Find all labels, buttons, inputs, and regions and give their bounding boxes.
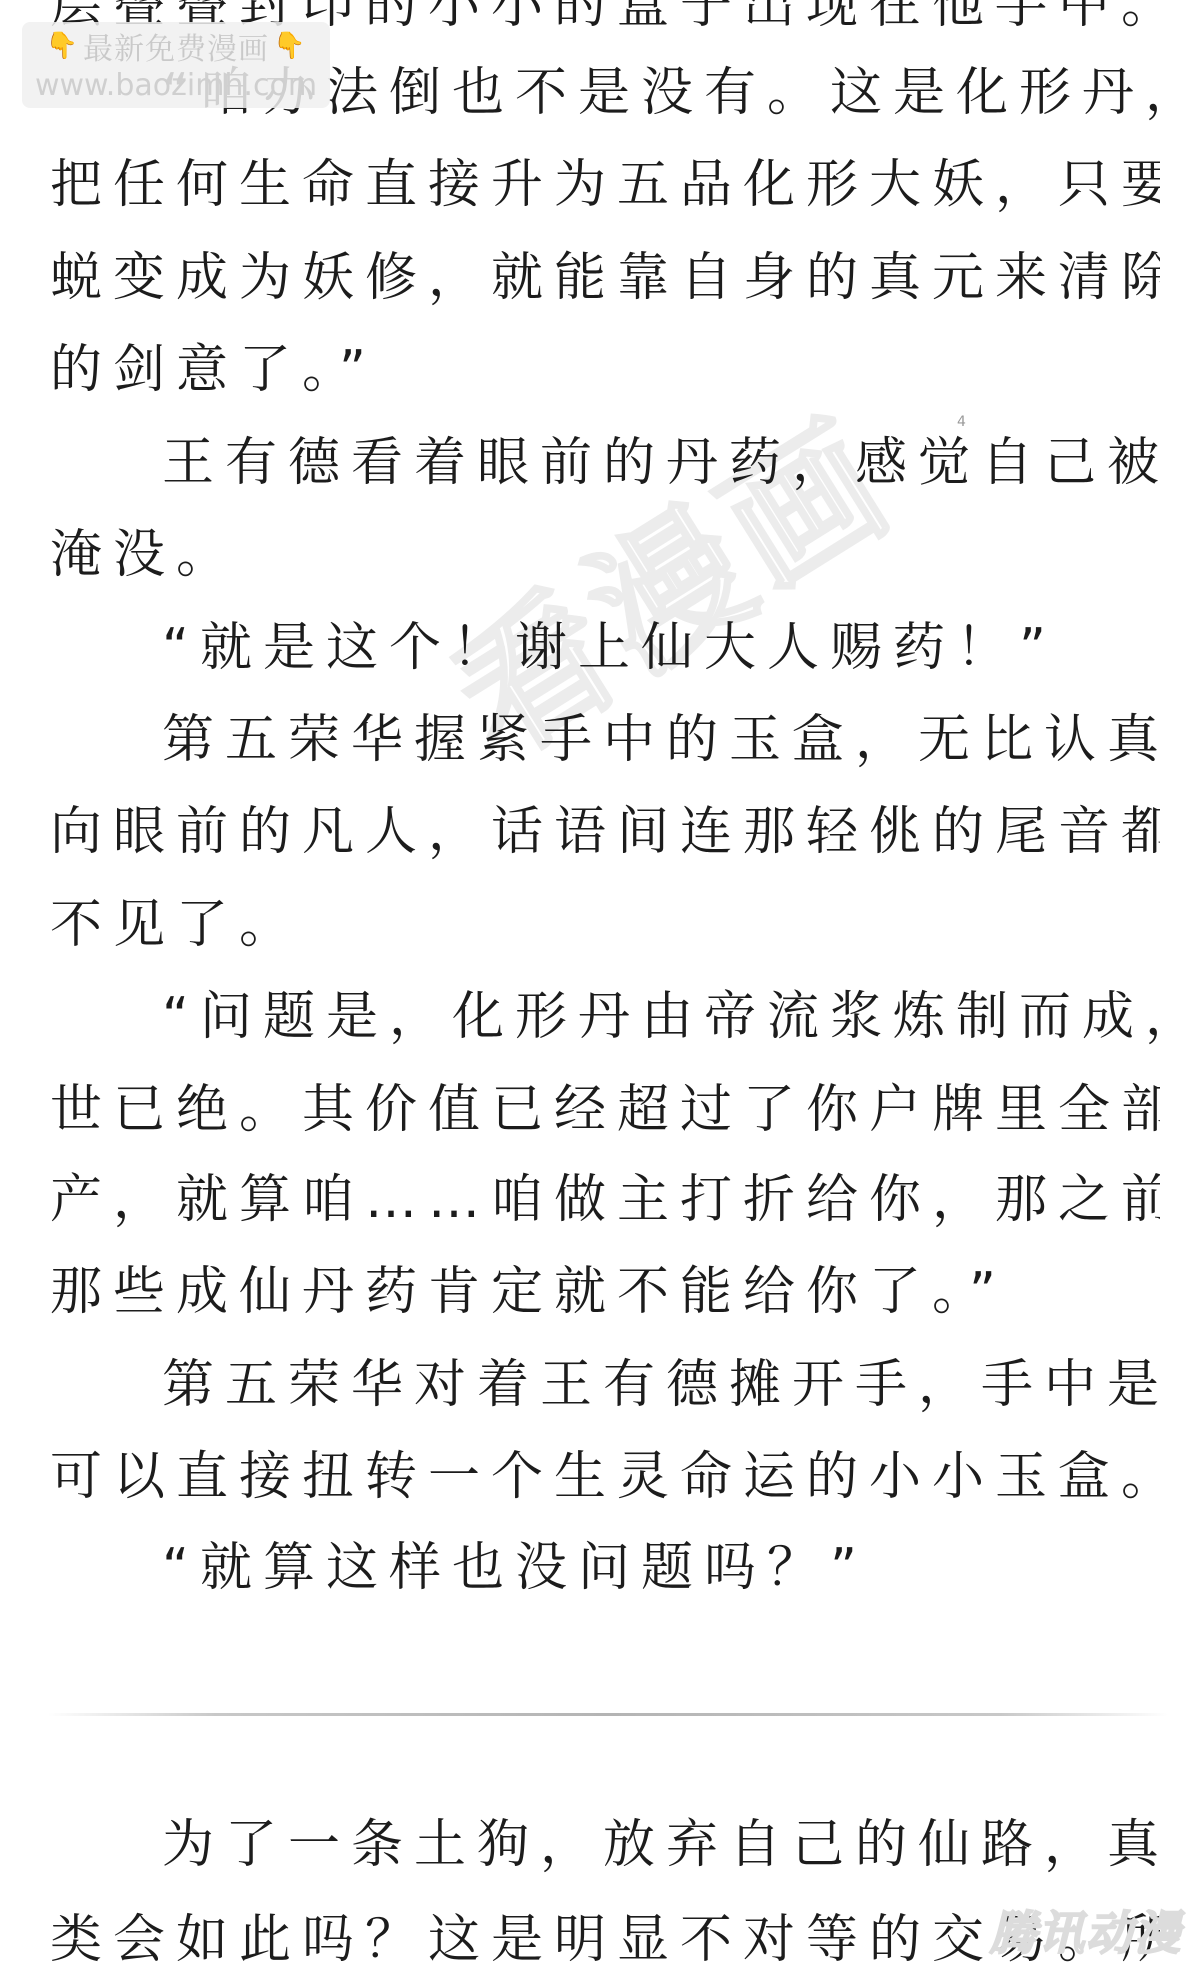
badge-title-row: 👇 最新免费漫画 👇 [22,26,330,66]
text-line: 王有德看着眼前的丹药，感觉自己被幸福 [162,431,1162,495]
badge-url[interactable]: www.baozimh.com [22,68,330,104]
text-line: 的剑意了。” [50,338,1160,402]
text-line: 把任何生命直接升为五品化形大妖，只要让它 [50,153,1160,217]
page-mark: 4 [957,414,966,430]
corner-watermark: 腾讯动漫 [990,1897,1182,1963]
pointing-down-hand-icon: 👇 [46,31,79,61]
text-line: 为了一条土狗，放弃自己的仙路，真有人 [162,1813,1162,1877]
text-line: 那些成仙丹药肯定就不能给你了。” [50,1260,1160,1324]
text-line: 蜕变成为妖修，就能靠自身的真元来清除体内 [50,246,1160,310]
text-line: 可以直接扭转一个生灵命运的小小玉盒。 [50,1445,1160,1509]
text-line: 世已绝。其价值已经超过了你户牌里全部的资 [50,1078,1160,1142]
site-badge[interactable]: 👇 最新免费漫画 👇 www.baozimh.com [22,22,330,108]
text-line: 第五荣华握紧手中的玉盒，无比认真的看 [162,708,1162,772]
text-line: “就算这样也没问题吗？” [162,1536,1162,1600]
badge-title: 最新免费漫画 [83,24,269,68]
comic-text-page: 看漫画 4 层叠叠封印的小小的盒子出现在他手中。 “咱办法倒也不是没有。这是化形… [0,0,1200,1970]
text-line: “就是这个！谢上仙大人赐药！” [162,616,1162,680]
text-line: 向眼前的凡人，话语间连那轻佻的尾音都消失 [50,800,1160,864]
text-line: 淹没。 [50,523,1160,587]
text-line: 不见了。 [50,893,1160,957]
text-line: 第五荣华对着王有德摊开手，手中是那个 [162,1353,1162,1417]
pointing-down-hand-icon: 👇 [273,31,306,61]
text-line: 产，就算咱……咱做主打折给你，那之前说的 [50,1168,1160,1232]
text-line: “问题是，化形丹由帝流浆炼制而成，此 [162,985,1162,1049]
section-divider [48,1713,1168,1716]
